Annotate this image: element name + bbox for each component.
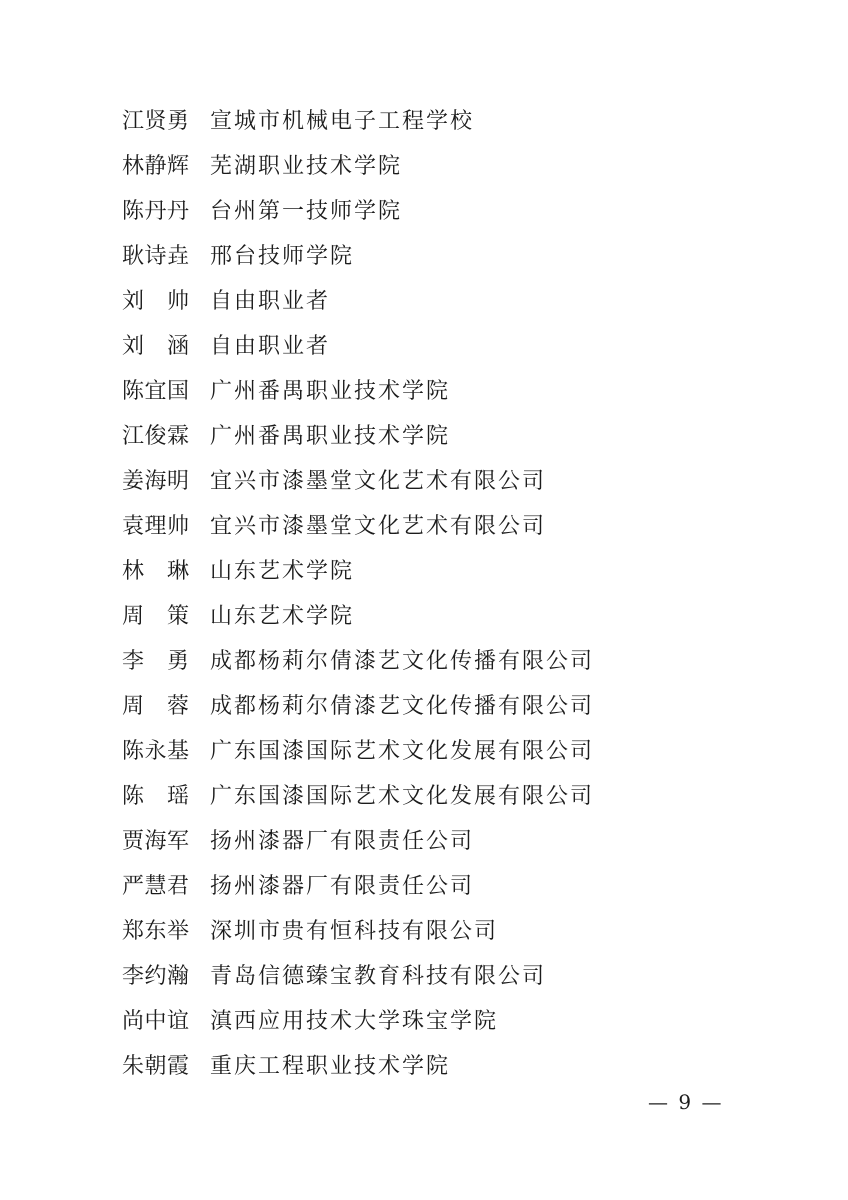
roster-row: 袁理帅宜兴市漆墨堂文化艺术有限公司 xyxy=(122,504,742,549)
person-name: 严慧君 xyxy=(122,864,189,909)
person-name: 陈宜国 xyxy=(122,369,189,414)
person-name: 贾海军 xyxy=(122,819,189,864)
person-name: 陈丹丹 xyxy=(122,189,189,234)
roster-list: 江贤勇宣城市机械电子工程学校 林静辉芜湖职业技术学院 陈丹丹台州第一技师学院 耿… xyxy=(122,99,742,1089)
person-name: 刘 涵 xyxy=(122,324,189,369)
roster-row: 耿诗垚邢台技师学院 xyxy=(122,234,742,279)
roster-row: 李 勇成都杨莉尔倩漆艺文化传播有限公司 xyxy=(122,639,742,684)
affiliation: 宜兴市漆墨堂文化艺术有限公司 xyxy=(210,459,546,504)
roster-row: 陈宜国广州番禺职业技术学院 xyxy=(122,369,742,414)
person-name: 郑东举 xyxy=(122,909,189,954)
roster-row: 尚中谊滇西应用技术大学珠宝学院 xyxy=(122,999,742,1044)
affiliation: 宜兴市漆墨堂文化艺术有限公司 xyxy=(210,504,546,549)
person-name: 江贤勇 xyxy=(122,99,189,144)
person-name: 姜海明 xyxy=(122,459,189,504)
roster-row: 郑东举深圳市贵有恒科技有限公司 xyxy=(122,909,742,954)
affiliation: 自由职业者 xyxy=(210,279,330,324)
affiliation: 广东国漆国际艺术文化发展有限公司 xyxy=(210,729,594,774)
affiliation: 自由职业者 xyxy=(210,324,330,369)
affiliation: 深圳市贵有恒科技有限公司 xyxy=(210,909,498,954)
person-name: 李约瀚 xyxy=(122,954,189,999)
person-name: 耿诗垚 xyxy=(122,234,189,279)
roster-row: 朱朝霞重庆工程职业技术学院 xyxy=(122,1044,742,1089)
roster-row: 周 策山东艺术学院 xyxy=(122,594,742,639)
person-name: 刘 帅 xyxy=(122,279,189,324)
roster-row: 江贤勇宣城市机械电子工程学校 xyxy=(122,99,742,144)
person-name: 袁理帅 xyxy=(122,504,189,549)
affiliation: 扬州漆器厂有限责任公司 xyxy=(210,864,474,909)
affiliation: 广东国漆国际艺术文化发展有限公司 xyxy=(210,774,594,819)
roster-row: 严慧君扬州漆器厂有限责任公司 xyxy=(122,864,742,909)
person-name: 江俊霖 xyxy=(122,414,189,459)
page-number: — 9 — xyxy=(648,1088,758,1116)
affiliation: 山东艺术学院 xyxy=(210,594,354,639)
document-page: 江贤勇宣城市机械电子工程学校 林静辉芜湖职业技术学院 陈丹丹台州第一技师学院 耿… xyxy=(0,0,848,1200)
affiliation: 山东艺术学院 xyxy=(210,549,354,594)
affiliation: 扬州漆器厂有限责任公司 xyxy=(210,819,474,864)
affiliation: 成都杨莉尔倩漆艺文化传播有限公司 xyxy=(210,639,594,684)
person-name: 周 策 xyxy=(122,594,189,639)
person-name: 李 勇 xyxy=(122,639,189,684)
roster-row: 林 琳山东艺术学院 xyxy=(122,549,742,594)
affiliation: 台州第一技师学院 xyxy=(210,189,402,234)
person-name: 陈永基 xyxy=(122,729,189,774)
affiliation: 广州番禺职业技术学院 xyxy=(210,414,450,459)
roster-row: 周 蓉成都杨莉尔倩漆艺文化传播有限公司 xyxy=(122,684,742,729)
affiliation: 成都杨莉尔倩漆艺文化传播有限公司 xyxy=(210,684,594,729)
roster-row: 李约瀚青岛信德臻宝教育科技有限公司 xyxy=(122,954,742,999)
affiliation: 芜湖职业技术学院 xyxy=(210,144,402,189)
person-name: 周 蓉 xyxy=(122,684,189,729)
roster-row: 刘 帅自由职业者 xyxy=(122,279,742,324)
affiliation: 重庆工程职业技术学院 xyxy=(210,1044,450,1089)
roster-row: 江俊霖广州番禺职业技术学院 xyxy=(122,414,742,459)
affiliation: 邢台技师学院 xyxy=(210,234,354,279)
roster-row: 贾海军扬州漆器厂有限责任公司 xyxy=(122,819,742,864)
person-name: 尚中谊 xyxy=(122,999,189,1044)
roster-row: 刘 涵自由职业者 xyxy=(122,324,742,369)
roster-row: 林静辉芜湖职业技术学院 xyxy=(122,144,742,189)
affiliation: 滇西应用技术大学珠宝学院 xyxy=(210,999,498,1044)
affiliation: 广州番禺职业技术学院 xyxy=(210,369,450,414)
person-name: 林静辉 xyxy=(122,144,189,189)
roster-row: 陈永基广东国漆国际艺术文化发展有限公司 xyxy=(122,729,742,774)
person-name: 林 琳 xyxy=(122,549,189,594)
roster-row: 姜海明宜兴市漆墨堂文化艺术有限公司 xyxy=(122,459,742,504)
person-name: 陈 瑶 xyxy=(122,774,189,819)
affiliation: 青岛信德臻宝教育科技有限公司 xyxy=(210,954,546,999)
affiliation: 宣城市机械电子工程学校 xyxy=(210,99,474,144)
roster-row: 陈丹丹台州第一技师学院 xyxy=(122,189,742,234)
person-name: 朱朝霞 xyxy=(122,1044,189,1089)
roster-row: 陈 瑶广东国漆国际艺术文化发展有限公司 xyxy=(122,774,742,819)
